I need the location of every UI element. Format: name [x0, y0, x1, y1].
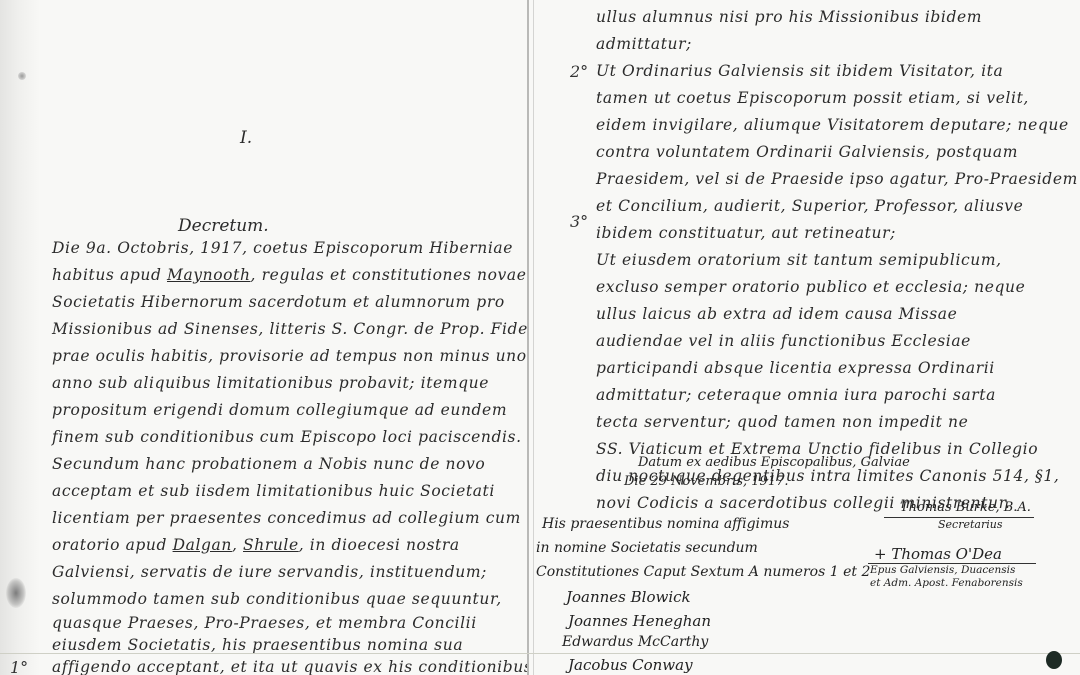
continued-line: ullus alumnus nisi pro his Missionibus i… [596, 8, 982, 26]
decree-line: licentiam per praesentes concedimus ad c… [52, 509, 521, 527]
underlined-place-maynooth: Maynooth [167, 266, 251, 284]
ink-smudge [6, 578, 26, 608]
decree-line: oratorio apud Dalgan, Shrule, in dioeces… [52, 536, 460, 554]
dated-line: Die 29 Novembris, 1917. [624, 474, 789, 489]
secretary-title: Secretarius [938, 518, 1002, 531]
item-line: Ut Ordinarius Galviensis sit ibidem Visi… [596, 62, 1003, 80]
item-line: Ut eiusdem oratorium sit tantum semipubl… [596, 251, 1002, 269]
item-line: tamen ut coetus Episcoporum possit etiam… [596, 89, 1029, 107]
item-line: Praesidem, vel si de Praeside ipso agatu… [596, 170, 1078, 188]
signature-blowick: Joannes Blowick [566, 588, 691, 606]
paper-fold-line [0, 653, 1080, 654]
bishop-title: et Adm. Apost. Fenaborensis [870, 577, 1023, 589]
left-page: I. Decretum. Die 9a. Octobris, 1917, coe… [0, 0, 528, 675]
item-numeral-1: 1° [10, 658, 28, 675]
item-line: admittatur; ceteraque omnia iura parochi… [596, 386, 996, 404]
decree-line: solummodo tamen sub conditionibus quae s… [52, 590, 502, 608]
bishop-signature: + Thomas O'Dea [874, 545, 1002, 563]
item-line: participandi absque licentia expressa Or… [596, 359, 995, 377]
item-line: et Concilium, audierit, Superior, Profes… [596, 197, 1023, 215]
item-line: contra voluntatem Ordinarii Galviensis, … [596, 143, 1018, 161]
decree-line: anno sub aliquibus limitationibus probav… [52, 374, 489, 392]
decree-line: affigendo acceptant, et ita ut quavis ex… [52, 658, 528, 675]
signatories-intro: His praesentibus nomina affigimus [542, 516, 789, 532]
signature-mccarthy: Edwardus McCarthy [562, 634, 708, 650]
ink-blot [1046, 651, 1062, 669]
right-page: ullus alumnus nisi pro his Missionibus i… [528, 0, 1080, 675]
signature-heneghan: Joannes Heneghan [568, 612, 711, 630]
decree-line: Galviensi, servatis de iure servandis, i… [52, 563, 487, 581]
decree-line: finem sub conditionibus cum Episcopo loc… [52, 428, 522, 446]
secretary-signature: Thomas Burke, B.A. [900, 500, 1031, 515]
page-divider-shadow [533, 0, 534, 675]
decree-line: habitus apud Maynooth, regulas et consti… [52, 266, 526, 284]
decree-heading: Decretum. [178, 216, 269, 236]
item-line: audiendae vel in aliis functionibus Eccl… [596, 332, 971, 350]
signature-conway: Jacobus Conway [568, 656, 693, 674]
page-divider [527, 0, 529, 675]
bishop-title: Epus Galviensis, Duacensis [870, 564, 1015, 576]
decree-line: propositum erigendi domum collegiumque a… [52, 401, 507, 419]
signatories-intro: in nomine Societatis secundum [536, 540, 758, 556]
decree-line: acceptam et sub iisdem limitationibus hu… [52, 482, 495, 500]
item-line: eidem invigilare, aliumque Visitatorem d… [596, 116, 1069, 134]
underlined-place-shrule: Shrule [243, 536, 299, 554]
underlined-place-dalgan: Dalgan [173, 536, 232, 554]
decree-line: Die 9a. Octobris, 1917, coetus Episcopor… [52, 239, 513, 257]
decree-line: Secundum hanc probationem a Nobis nunc d… [52, 455, 485, 473]
dated-line: Datum ex aedibus Episcopalibus, Galviae [638, 455, 910, 470]
paper-blemish [18, 72, 26, 80]
item-numeral-3: 3° [570, 212, 588, 231]
section-numeral: I. [240, 128, 252, 148]
item-line: tecta serventur; quod tamen non impedit … [596, 413, 968, 431]
decree-line: quasque Praeses, Pro-Praeses, et membra … [52, 614, 477, 632]
item-line: ullus laicus ab extra ad idem causa Miss… [596, 305, 957, 323]
decree-line: eiusdem Societatis, his praesentibus nom… [52, 636, 463, 654]
signatories-intro: Constitutiones Caput Sextum A numeros 1 … [536, 564, 870, 580]
continued-line: admittatur; [596, 35, 692, 53]
decree-line: prae oculis habitis, provisorie ad tempu… [52, 347, 527, 365]
item-line: ibidem constituatur, aut retineatur; [596, 224, 896, 242]
item-line: excluso semper oratorio publico et eccle… [596, 278, 1025, 296]
decree-line: Societatis Hibernorum sacerdotum et alum… [52, 293, 505, 311]
decree-line: Missionibus ad Sinenses, litteris S. Con… [52, 320, 528, 338]
item-numeral-2: 2° [570, 62, 588, 81]
